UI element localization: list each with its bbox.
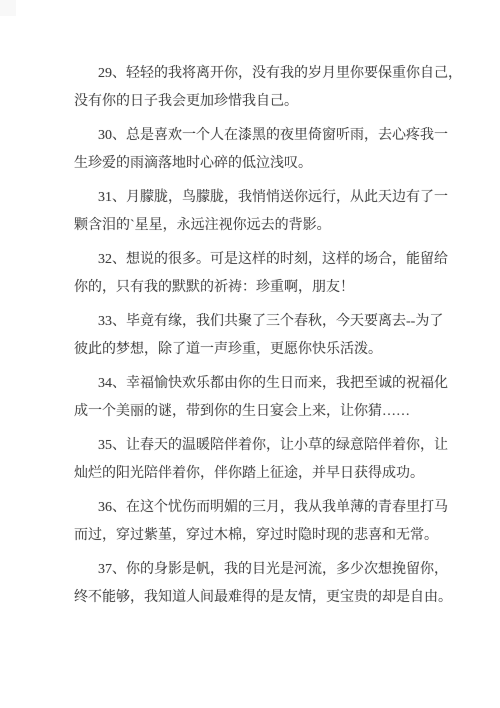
quote-paragraph-35: 35、让春天的温暖陪伴着你，让小草的绿意陪伴着你，让灿烂的阳光陪伴着你，伴你踏上…: [74, 432, 469, 488]
quote-line: 31、月朦胧，鸟朦胧，我悄悄送你远行，从此天边有了一: [74, 184, 469, 212]
quote-line: 34、幸福愉快欢乐都由你的生日而来，我把至诚的祝福化: [74, 370, 469, 398]
quote-line: 颗含泪的`星星，永远注视你远去的背影。: [74, 212, 469, 240]
quote-line: 37、你的身影是帆，我的目光是河流，多少次想挽留你，: [74, 556, 469, 584]
quote-line: 35、让春天的温暖陪伴着你，让小草的绿意陪伴着你，让: [74, 432, 469, 460]
quote-paragraph-31: 31、月朦胧，鸟朦胧，我悄悄送你远行，从此天边有了一颗含泪的`星星，永远注视你远…: [74, 184, 469, 240]
quote-paragraph-36: 36、在这个忧伤而明媚的三月，我从我单薄的青春里打马而过，穿过紫堇，穿过木棉，穿…: [74, 494, 469, 550]
quote-line: 32、想说的很多。可是这样的时刻，这样的场合，能留给: [74, 246, 469, 274]
corner-artifact: [0, 0, 16, 16]
quote-paragraph-29: 29、轻轻的我将离开你，没有我的岁月里你要保重你自己，没有你的日子我会更加珍惜我…: [74, 60, 469, 116]
quote-line: 灿烂的阳光陪伴着你，伴你踏上征途，并早日获得成功。: [74, 460, 469, 488]
quote-line: 彼此的梦想，除了道一声珍重，更愿你快乐活泼。: [74, 336, 469, 364]
quote-line: 33、毕竟有缘，我们共聚了三个春秋，今天要离去--为了: [74, 308, 469, 336]
document-page: 29、轻轻的我将离开你，没有我的岁月里你要保重你自己，没有你的日子我会更加珍惜我…: [74, 60, 469, 618]
quote-line: 成一个美丽的谜，带到你的生日宴会上来，让你猜……: [74, 398, 469, 426]
quote-line: 而过，穿过紫堇，穿过木棉，穿过时隐时现的悲喜和无常。: [74, 522, 469, 550]
quote-paragraph-37: 37、你的身影是帆，我的目光是河流，多少次想挽留你，终不能够，我知道人间最难得的…: [74, 556, 469, 612]
quote-paragraph-30: 30、总是喜欢一个人在漆黑的夜里倚窗听雨，去心疼我一生珍爱的雨滴落地时心碎的低泣…: [74, 122, 469, 178]
quote-list: 29、轻轻的我将离开你，没有我的岁月里你要保重你自己，没有你的日子我会更加珍惜我…: [74, 60, 469, 612]
quote-line: 生珍爱的雨滴落地时心碎的低泣浅叹。: [74, 150, 469, 178]
quote-line: 30、总是喜欢一个人在漆黑的夜里倚窗听雨，去心疼我一: [74, 122, 469, 150]
quote-line: 你的，只有我的默默的祈祷：珍重啊，朋友！: [74, 274, 469, 302]
quote-line: 没有你的日子我会更加珍惜我自己。: [74, 88, 469, 116]
quote-line: 29、轻轻的我将离开你，没有我的岁月里你要保重你自己，: [74, 60, 469, 88]
quote-paragraph-32: 32、想说的很多。可是这样的时刻，这样的场合，能留给你的，只有我的默默的祈祷：珍…: [74, 246, 469, 302]
quote-line: 36、在这个忧伤而明媚的三月，我从我单薄的青春里打马: [74, 494, 469, 522]
quote-paragraph-34: 34、幸福愉快欢乐都由你的生日而来，我把至诚的祝福化成一个美丽的谜，带到你的生日…: [74, 370, 469, 426]
quote-line: 终不能够，我知道人间最难得的是友情，更宝贵的却是自由。: [74, 584, 469, 612]
quote-paragraph-33: 33、毕竟有缘，我们共聚了三个春秋，今天要离去--为了彼此的梦想，除了道一声珍重…: [74, 308, 469, 364]
